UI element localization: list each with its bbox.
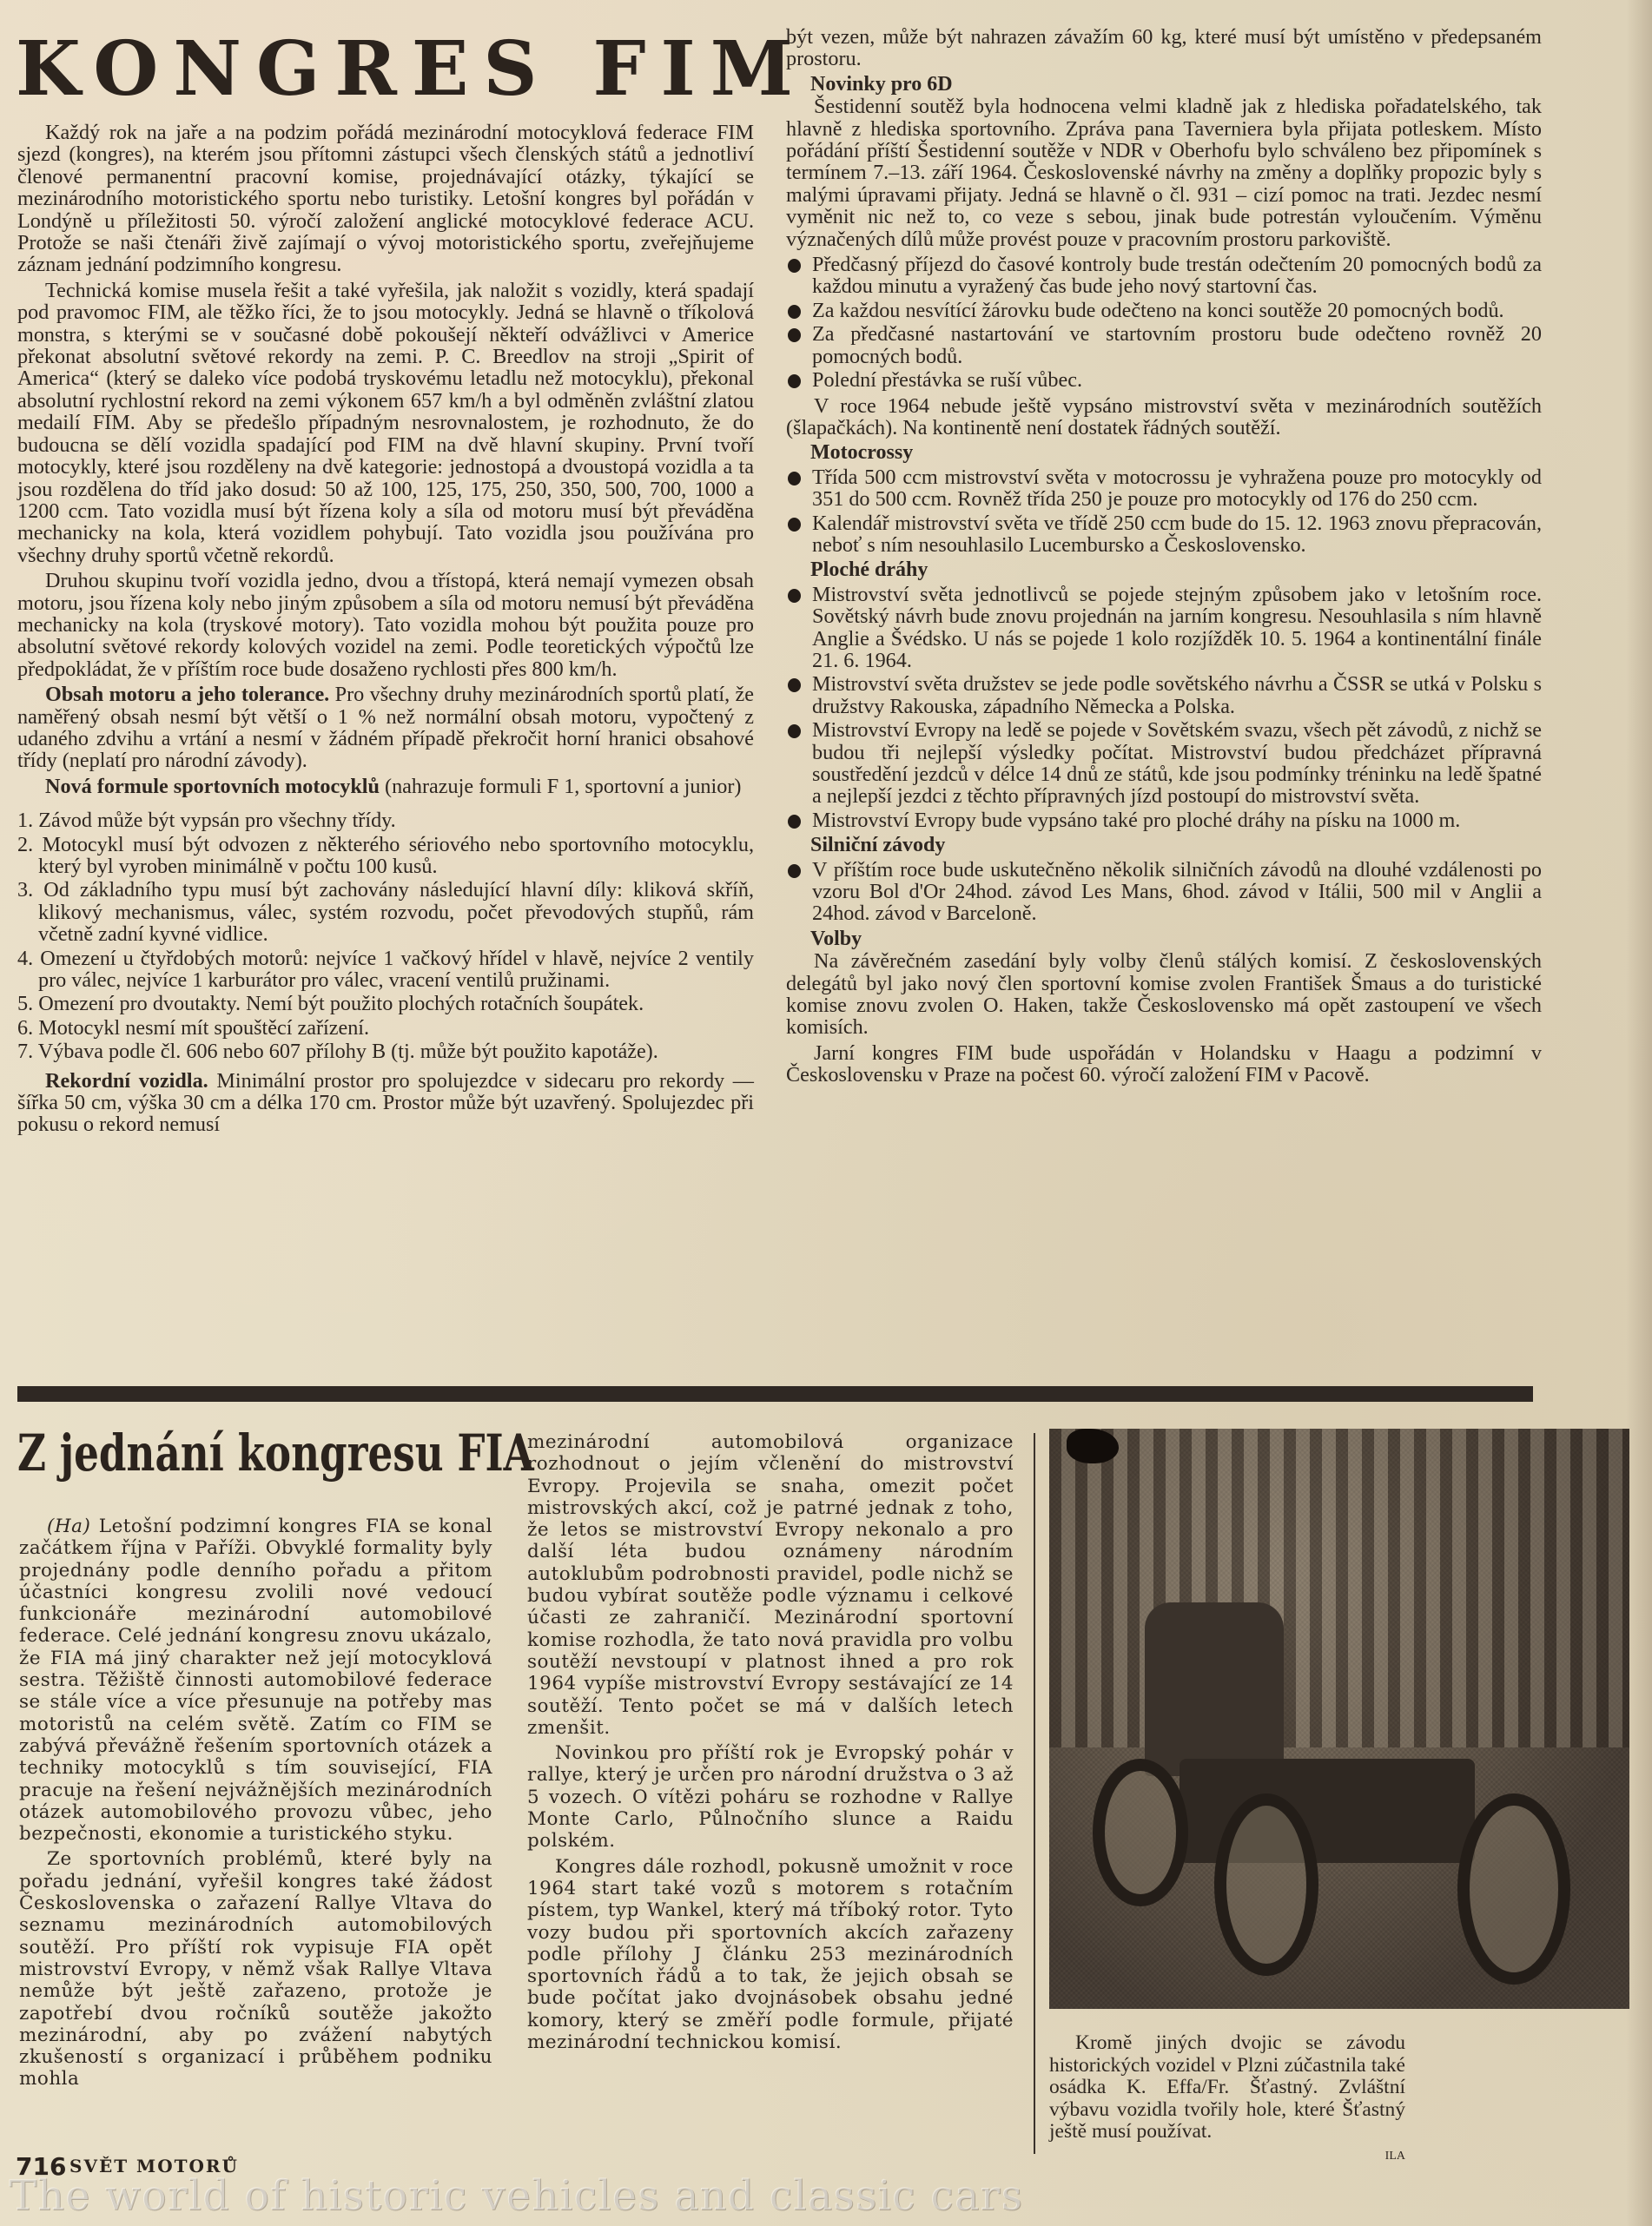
elections-paragraph-2: Jarní kongres FIM bude uspořádán v Holan…	[786, 1042, 1542, 1087]
fim-tolerance-lead: Obsah motoru a jeho tolerance.	[45, 683, 329, 706]
bullet-item: Třída 500 ccm mistrovství světa v motocr…	[786, 466, 1542, 511]
fim-tolerance-paragraph: Obsah motoru a jeho tolerance. Pro všech…	[17, 684, 754, 772]
fim-continuation: být vezen, může být nahrazen závažím 60 …	[786, 26, 1542, 70]
fia-column-2: mezinárodní automobilová organizace rozh…	[527, 1431, 1014, 2057]
section-heading-road-racing: Silniční závody	[786, 835, 1542, 856]
photo-caption-text: Kromě jiných dvojic se závodu historický…	[1049, 2032, 1405, 2143]
fim-article-title: KONGRES FIM	[16, 26, 750, 113]
fim-rule-item: 1. Závod může být vypsán pro všechny tří…	[17, 809, 754, 831]
fia-paragraph-4: Novinkou pro příští rok je Evropský pohá…	[527, 1742, 1014, 1852]
speedway-bullets: Mistrovství světa jednotlivců se pojede …	[786, 584, 1542, 831]
section-heading-motocross: Motocrossy	[786, 442, 1542, 464]
historic-car-photo	[1049, 1429, 1629, 2009]
fia-paragraph-1-body: Letošní podzimní kongres FIA se konal za…	[19, 1516, 492, 1845]
photo-wheel	[1214, 1793, 1318, 1976]
bullet-item: Mistrovství Evropy bude vypsáno také pro…	[786, 809, 1542, 831]
fim-rule-item: 7. Výbava podle čl. 606 nebo 607 přílohy…	[17, 1040, 754, 1062]
fia-paragraph-2: Ze sportovních problémů, které byly na p…	[19, 1848, 492, 2090]
fia-paragraph-3: mezinárodní automobilová organizace rozh…	[527, 1431, 1014, 1739]
photo-ink-stain	[1067, 1429, 1119, 1463]
motocross-bullets: Třída 500 ccm mistrovství světa v motocr…	[786, 466, 1542, 557]
photo-wheel	[1457, 1793, 1570, 1985]
photo-caption: Kromě jiných dvojic se závodu historický…	[1049, 2032, 1405, 2167]
bullet-item: Za předčasné nastartování ve startovním …	[786, 323, 1542, 367]
watermark-text: The world of historic vehicles and class…	[9, 2171, 1023, 2220]
bullet-item: Kalendář mistrovství světa ve třídě 250 …	[786, 512, 1542, 557]
section-heading-elections: Volby	[786, 928, 1542, 950]
article-divider-rule	[17, 1386, 1533, 1402]
fim-rule-item: 2. Motocykl musí být odvozen z některého…	[17, 834, 754, 878]
elections-paragraph-1: Na závěrečném zasedání byly volby členů …	[786, 950, 1542, 1039]
bullet-item: Mistrovství světa družstev se jede podle…	[786, 673, 1542, 717]
section-heading-speedway: Ploché dráhy	[786, 559, 1542, 581]
section-6d-bullets: Předčasný příjezd do časové kontroly bud…	[786, 254, 1542, 391]
bullet-item: Předčasný příjezd do časové kontroly bud…	[786, 254, 1542, 298]
photo-credit: ILA	[1385, 2145, 1405, 2168]
photo-crowd	[1049, 1429, 1629, 1747]
fia-paragraph-1: (Ha) Letošní podzimní kongres FIA se kon…	[19, 1516, 492, 1845]
fim-rule-item: 5. Omezení pro dvoutakty. Nemí být použi…	[17, 993, 754, 1014]
column-rule	[1034, 1433, 1035, 2154]
bullet-item: Mistrovství Evropy na ledě se pojede v S…	[786, 719, 1542, 808]
road-racing-bullets: V příštím roce bude uskutečněno několik …	[786, 859, 1542, 925]
magazine-page: KONGRES FIM Každý rok na jaře a na podzi…	[0, 0, 1652, 2226]
author-initials: (Ha)	[47, 1516, 90, 1537]
fim-second-group-paragraph: Druhou skupinu tvoří vozidla jedno, dvou…	[17, 570, 754, 680]
fim-technical-paragraph: Technická komise musela řešit a také vyř…	[17, 280, 754, 566]
fia-paragraph-5: Kongres dále rozhodl, pokusně umožnit v …	[527, 1856, 1014, 2054]
fim-formula-paragraph: Nová formule sportovních motocyklů (nahr…	[17, 776, 754, 797]
fim-left-column: Každý rok na jaře a na podzim pořádá mez…	[17, 122, 754, 1139]
bullet-item: V příštím roce bude uskutečněno několik …	[786, 859, 1542, 925]
fim-rule-item: 3. Od základního typu musí být zachovány…	[17, 879, 754, 945]
fia-column-1: (Ha) Letošní podzimní kongres FIA se kon…	[19, 1516, 492, 2094]
page-edge-shadow	[1626, 0, 1652, 2226]
section-6d-after: V roce 1964 nebude ještě vypsáno mistrov…	[786, 395, 1542, 439]
fim-formula-body: (nahrazuje formuli F 1, sportovní a juni…	[380, 775, 741, 798]
fim-record-lead: Rekordní vozidla.	[45, 1069, 208, 1093]
fim-right-column: být vezen, může být nahrazen závažím 60 …	[786, 26, 1542, 1090]
fim-record-paragraph: Rekordní vozidla. Minimální prostor pro …	[17, 1070, 754, 1136]
section-6d-text: Šestidenní soutěž byla hodnocena velmi k…	[786, 96, 1542, 250]
fim-rule-item: 4. Omezení u čtyřdobých motorů: nejvíce …	[17, 948, 754, 992]
fim-formula-lead: Nová formule sportovních motocyklů	[45, 775, 380, 798]
fia-article-title: Z jednání kongresu FIA	[17, 1423, 383, 1483]
bullet-item: Polední přestávka se ruší vůbec.	[786, 369, 1542, 391]
photo-seat	[1145, 1602, 1284, 1776]
section-heading-6d: Novinky pro 6D	[786, 74, 1542, 96]
fim-rules-list: 1. Závod může být vypsán pro všechny tří…	[17, 809, 754, 1062]
bullet-item: Za každou nesvítící žárovku bude odečten…	[786, 300, 1542, 321]
fim-rule-item: 6. Motocykl nesmí mít spouštěcí zařízení…	[17, 1017, 754, 1039]
bullet-item: Mistrovství světa jednotlivců se pojede …	[786, 584, 1542, 672]
fim-intro-paragraph: Každý rok na jaře a na podzim pořádá mez…	[17, 122, 754, 276]
photo-wheel	[1093, 1759, 1188, 1906]
